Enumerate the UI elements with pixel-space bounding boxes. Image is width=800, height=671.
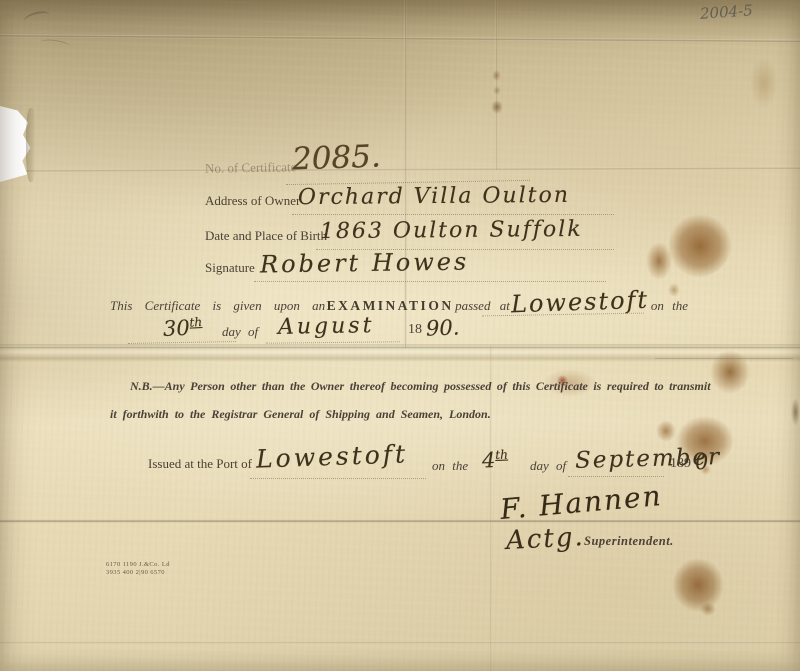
notice-line-1: N.B.—Any Person other than the Owner the… [130,379,711,394]
printed-rule-segment [655,358,793,359]
issued-year-written: 0 [694,450,709,475]
certificate-no-value: 2085. [291,138,381,177]
printer-code: 6170 1190 J.&Co. Ld 3935 400 2|90 6570 [106,561,170,577]
issued-day-number: 4 [482,448,496,472]
examination-sentence: This Certificate is given upon an EXAMIN… [110,288,688,316]
certificate-document: 2004-5 No. of Certificate 2085. Address … [0,0,800,671]
exam-day-suffix: th [189,315,202,330]
issued-place-value: Lowestoft [256,439,409,473]
address-value: Orchard Villa Oulton [298,183,570,210]
acting-script: Actg. [505,522,585,556]
printer-code-line-2: 3935 400 2|90 6570 [106,569,170,577]
pencil-catalog-number: 2004-5 [699,1,753,23]
certificate-no-label: No. of Certificate [205,159,297,177]
fold-crease-vertical [489,346,492,671]
field-rule [250,478,426,479]
signature-label: Signature [205,260,255,276]
birth-value: 1863 Oulton Suffolk [320,217,583,244]
exam-day-number: 30 [162,316,190,341]
fold-crease [0,346,800,349]
torn-edge-shadow [26,108,36,182]
fold-crease [0,519,800,523]
exam-year-written: 90. [426,315,460,340]
exam-day-of-label: day of [222,324,258,340]
exam-month-value: August [278,313,375,340]
field-rule [568,476,664,477]
birth-label: Date and Place of Birth [205,228,327,244]
signature-value: Robert Howes [260,248,470,279]
exam-phrase-1: This Certificate is given upon an [110,298,325,314]
exam-phrase-2: passed at [455,298,510,314]
fold-crease [0,641,800,644]
issued-label: Issued at the Port of [148,456,252,472]
issued-year-printed: 189 [670,456,691,472]
superintendent-label: Superintendent. [584,534,674,549]
issued-on-the-label: on the [432,458,468,474]
exam-keyword: EXAMINATION [327,298,454,314]
fold-crease-vertical [495,0,498,170]
field-rule [292,214,614,215]
address-label: Address of Owner [205,193,300,209]
exam-year-printed: 18 [408,322,422,338]
exam-day-value: 30th [162,315,203,341]
printer-code-line-1: 6170 1190 J.&Co. Ld [106,561,170,569]
notice-line-2: it forthwith to the Registrar General of… [110,407,491,422]
issued-day-suffix: th [495,448,508,462]
field-rule [254,281,606,282]
exam-phrase-3: on the [651,298,688,314]
issued-day-value: 4th [482,448,509,473]
issued-day-of-label: day of [530,458,566,474]
